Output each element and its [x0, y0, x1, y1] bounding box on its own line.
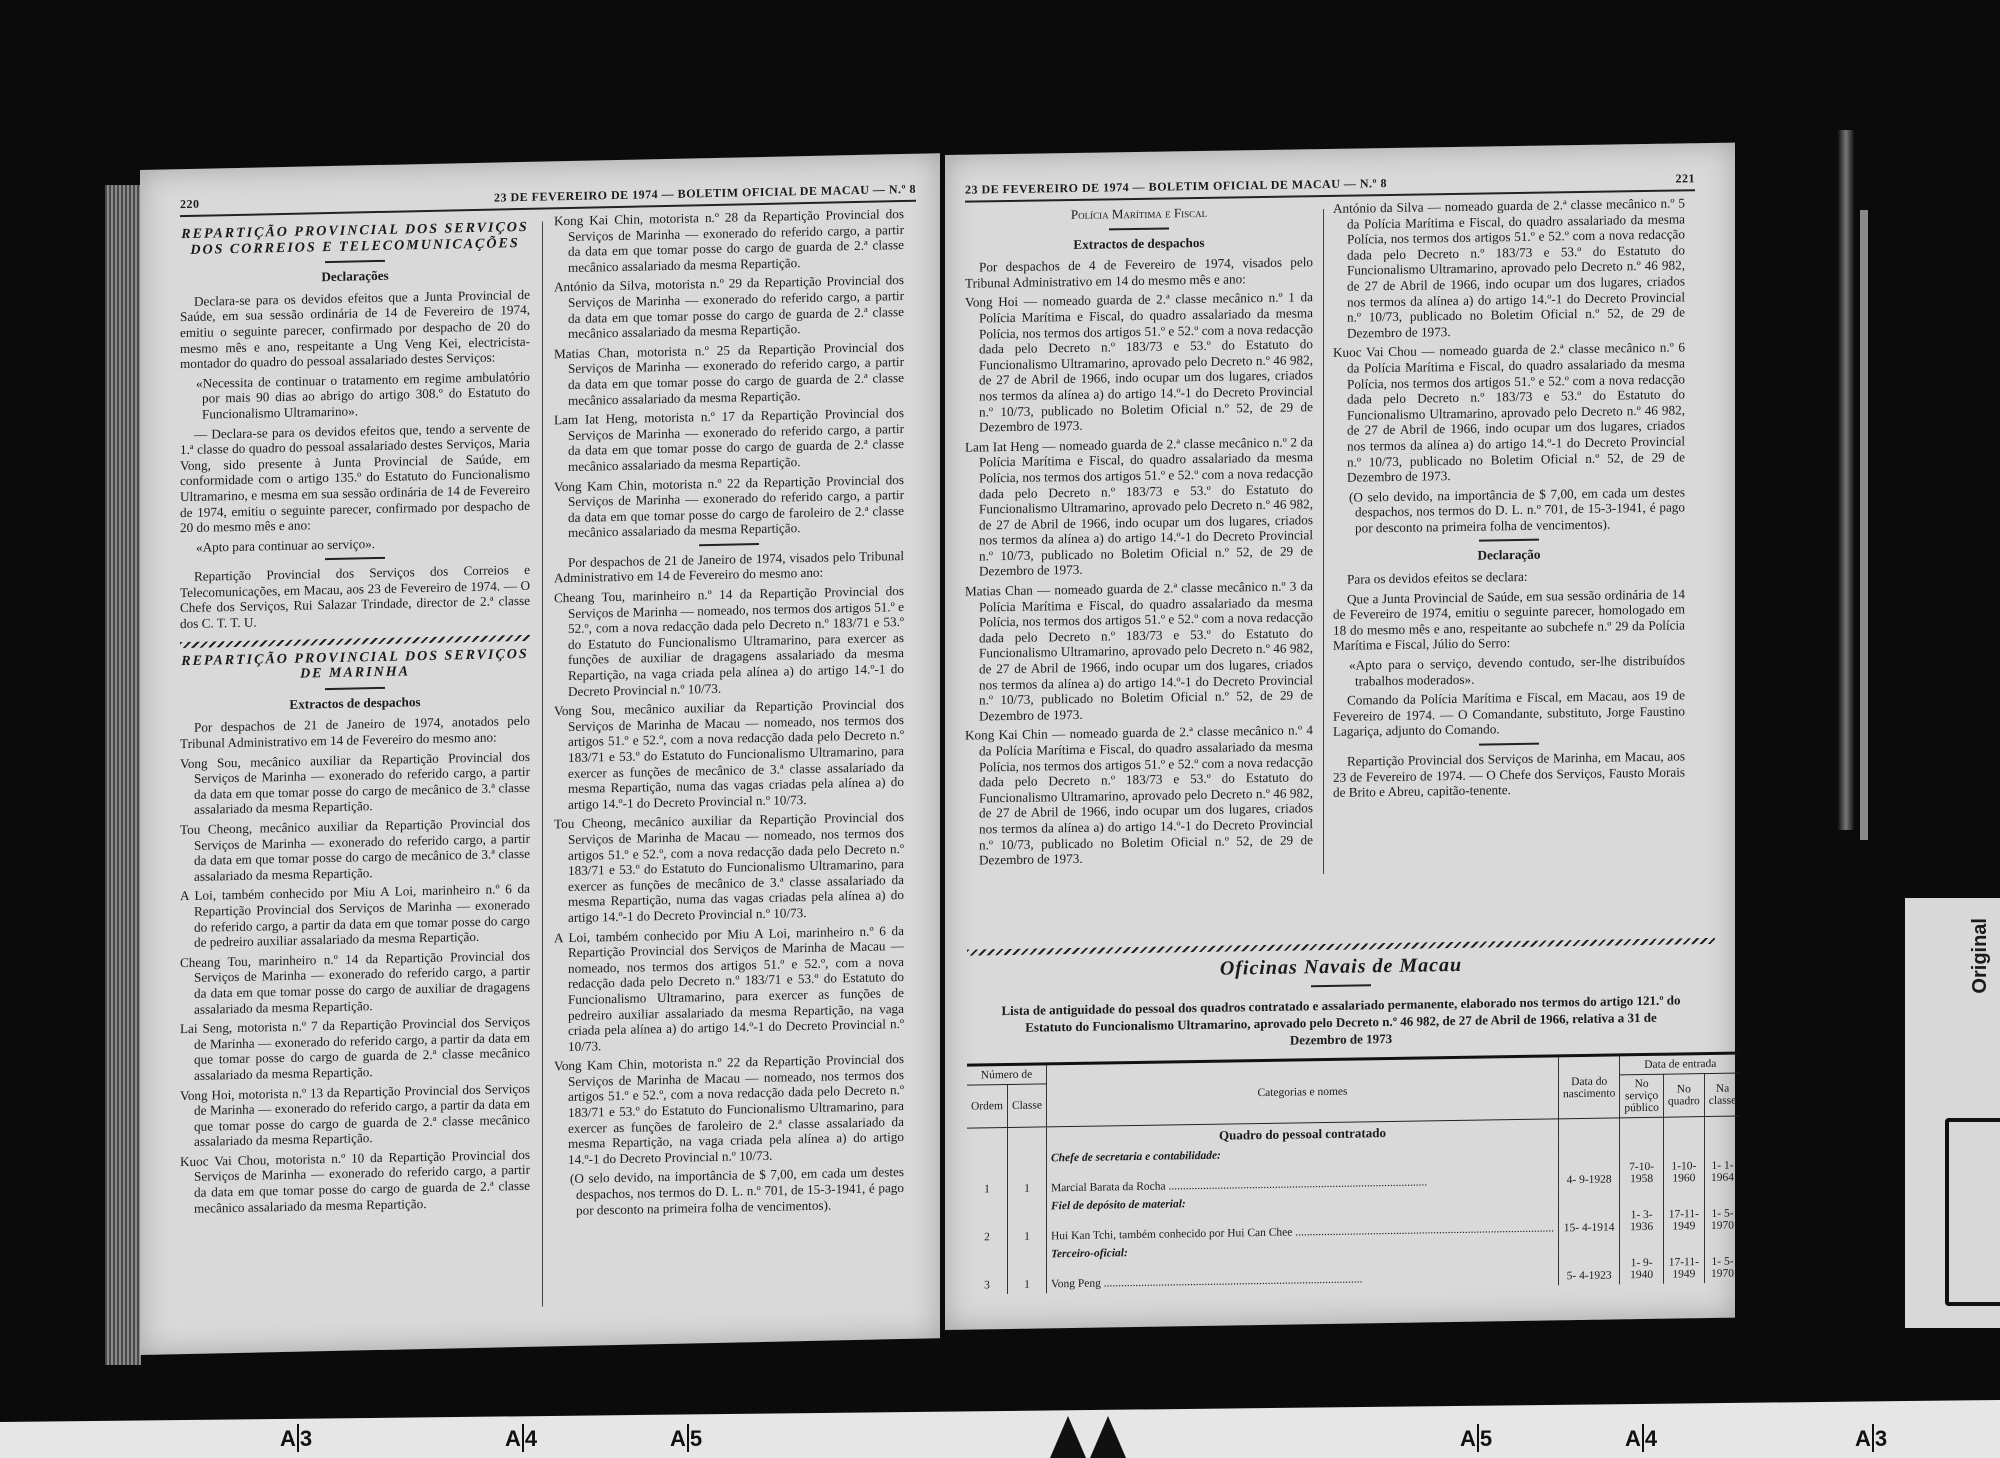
right-column-1: Polícia Marítima e Fiscal Extractos de d…	[965, 201, 1313, 872]
class-cell: 1	[1007, 1263, 1046, 1294]
frame-mark: A3	[280, 1424, 312, 1452]
quadro-date-cell: 17-11-1949	[1663, 1205, 1704, 1236]
fragment-outline-shape	[1945, 1118, 2000, 1306]
paragraph: — Declara-se para os devidos efeitos que…	[180, 419, 530, 535]
column-divider	[542, 222, 543, 1307]
subtitle-declaracoes: Declarações	[180, 265, 530, 288]
entry-paragraph: Cheang Tou, marinheiro n.º 14 da Reparti…	[180, 948, 530, 1018]
header-numero-de: Número de	[967, 1064, 1046, 1085]
entry-paragraph: Kong Kai Chin — nomeado guarda de 2.ª cl…	[965, 723, 1313, 869]
entry-paragraph: Lai Seng, motorista n.º 7 da Repartição …	[180, 1014, 530, 1084]
left-running-title: 23 DE FEVEREIRO DE 1974 — BOLETIM OFICIA…	[494, 182, 916, 206]
book-spine-edge	[1860, 210, 1868, 840]
paragraph: Declara-se para os devidos efeitos que a…	[180, 287, 530, 372]
film-spike-marker	[1090, 1416, 1126, 1458]
header-classe: Classe	[1007, 1084, 1046, 1128]
subtitle-extractos: Extractos de despachos	[180, 692, 530, 715]
right-page: 23 DE FEVEREIRO DE 1974 — BOLETIM OFICIA…	[945, 143, 1735, 1330]
quote: «Apto para o serviço, devendo contudo, s…	[1333, 652, 1685, 689]
selo-note: (O selo devido, na importância de $ 7,00…	[1333, 484, 1685, 536]
divider	[325, 687, 385, 690]
section-title-oficinas: Oficinas Navais de Macau	[967, 950, 1715, 985]
header-data-entrada: Data de entrada	[1620, 1053, 1740, 1075]
entry-paragraph: Vong Hoi — nomeado guarda de 2.ª classe …	[965, 290, 1313, 436]
divider	[1479, 539, 1539, 542]
left-column-2: Kong Kai Chin, motorista n.º 28 da Repar…	[554, 206, 904, 1223]
public-service-date-cell: 1- 3-1936	[1620, 1206, 1664, 1237]
paragraph: Por despachos de 4 de Fevereiro de 1974,…	[965, 254, 1313, 291]
section-title-correios: Repartição Provincial dos Serviços dos C…	[180, 220, 530, 259]
divider	[699, 543, 759, 546]
entry-paragraph: Lam Iat Heng — nomeado guarda de 2.ª cla…	[965, 434, 1313, 580]
right-running-title: 23 DE FEVEREIRO DE 1974 — BOLETIM OFICIA…	[965, 176, 1387, 198]
signature-paragraph: Repartição Provincial dos Serviços de Ma…	[1333, 748, 1685, 800]
entries-list: Vong Hoi — nomeado guarda de 2.ª classe …	[965, 290, 1313, 869]
entry-paragraph: Kuoc Vai Chou — nomeado guarda de 2.ª cl…	[1333, 340, 1685, 486]
divider	[1311, 984, 1371, 987]
birth-date-cell: 5- 4-1923	[1558, 1254, 1619, 1285]
class-date-cell: 1- 1-1964	[1704, 1157, 1740, 1188]
entry-paragraph: Matias Chan, motorista n.º 25 da Reparti…	[554, 339, 904, 409]
entry-paragraph: A Loi, também conhecido por Miu A Loi, m…	[554, 923, 904, 1055]
book-page-edges	[105, 185, 141, 1365]
header-categorias: Categorias e nomes	[1046, 1056, 1558, 1127]
entry-paragraph: Kong Kai Chin, motorista n.º 28 da Repar…	[554, 206, 904, 276]
fragment-label: Original	[1969, 918, 1992, 994]
right-column-2: António da Silva — nomeado guarda de 2.ª…	[1333, 195, 1685, 804]
divider	[325, 260, 385, 263]
entry-paragraph: Matias Chan — nomeado guarda de 2.ª clas…	[965, 578, 1313, 724]
subtitle-extractos: Extractos de despachos	[965, 233, 1313, 254]
frame-mark: A5	[1460, 1424, 1492, 1452]
entry-paragraph: Vong Kam Chin, motorista n.º 22 da Repar…	[554, 1051, 904, 1167]
entry-paragraph: A Loi, também conhecido por Miu A Loi, m…	[180, 881, 530, 951]
order-cell: 1	[967, 1168, 1007, 1199]
frame-mark: A5	[670, 1424, 702, 1452]
entries-list: Vong Sou, mecânico auxiliar da Repartiçã…	[180, 748, 530, 1216]
signature-paragraph: Repartição Provincial dos Serviços dos C…	[180, 562, 530, 632]
entries-list: Kong Kai Chin, motorista n.º 28 da Repar…	[554, 206, 904, 541]
order-cell: 2	[967, 1216, 1007, 1247]
entry-paragraph: Lam Iat Heng, motorista n.º 17 da Repart…	[554, 405, 904, 475]
column-divider	[1323, 209, 1324, 874]
left-column-1: Repartição Provincial dos Serviços dos C…	[180, 214, 530, 1221]
entries-list: António da Silva — nomeado guarda de 2.ª…	[1333, 195, 1685, 485]
film-spike-marker	[1050, 1416, 1086, 1458]
public-service-date-cell: 7-10-1958	[1620, 1158, 1664, 1189]
left-page-number: 220	[180, 197, 200, 212]
header-data-nascimento: Data do nascimento	[1558, 1055, 1619, 1119]
divider	[1479, 743, 1539, 746]
public-service-date-cell: 1- 9-1940	[1620, 1254, 1664, 1285]
header-na-classe: Na classe	[1704, 1073, 1740, 1117]
right-page-number: 221	[1676, 171, 1696, 186]
frame-mark: A3	[1855, 1424, 1887, 1452]
birth-date-cell: 15- 4-1914	[1558, 1206, 1619, 1237]
quote: «Necessita de continuar o tratamento em …	[180, 369, 530, 423]
entry-paragraph: Cheang Tou, marinheiro n.º 14 da Reparti…	[554, 583, 904, 699]
header-servico-publico: No serviço público	[1620, 1074, 1664, 1118]
entry-paragraph: Vong Sou, mecânico auxiliar da Repartiçã…	[554, 696, 904, 812]
paragraph: Para os devidos efeitos se declara:	[1333, 566, 1685, 587]
quadro-date-cell: 17-11-1949	[1663, 1253, 1704, 1284]
birth-date-cell: 4- 9-1928	[1558, 1158, 1619, 1189]
paragraph: Por despachos de 21 de Janeiro de 1974, …	[180, 713, 530, 752]
divider	[1109, 227, 1169, 230]
header-no-quadro: No quadro	[1663, 1074, 1704, 1118]
selo-note: (O selo devido, na importância de $ 7,00…	[554, 1164, 904, 1218]
header-ordem: Ordem	[967, 1085, 1007, 1129]
frame-mark: A4	[1625, 1424, 1657, 1452]
list-intro: Lista de antiguidade do pessoal dos quad…	[997, 991, 1685, 1053]
frame-mark: A4	[505, 1424, 537, 1452]
class-date-cell: 1- 5-1970	[1704, 1253, 1740, 1284]
class-cell: 1	[1007, 1215, 1046, 1246]
entry-paragraph: Tou Cheong, mecânico auxiliar da Reparti…	[554, 809, 904, 925]
class-cell: 1	[1007, 1167, 1046, 1198]
quadro-date-cell: 1-10-1960	[1663, 1157, 1704, 1188]
entry-paragraph: Vong Hoi, motorista n.º 13 da Repartição…	[180, 1080, 530, 1150]
paragraph: Que a Junta Provincial de Saúde, em sua …	[1333, 586, 1685, 654]
seniority-table: Número de Categorias e nomes Data do nas…	[967, 1052, 1740, 1295]
divider	[325, 557, 385, 560]
signature-paragraph: Comando da Polícia Marítima e Fiscal, em…	[1333, 688, 1685, 740]
section-title-policia: Polícia Marítima e Fiscal	[965, 203, 1313, 224]
entry-paragraph: Vong Sou, mecânico auxiliar da Repartiçã…	[180, 748, 530, 818]
entry-paragraph: Kuoc Vai Chou, motorista n.º 10 da Repar…	[180, 1147, 530, 1217]
quote: «Apto para continuar ao serviço».	[180, 533, 530, 556]
wavy-divider	[180, 634, 530, 647]
left-page: 220 23 DE FEVEREIRO DE 1974 — BOLETIM OF…	[140, 153, 940, 1355]
entries-list: Cheang Tou, marinheiro n.º 14 da Reparti…	[554, 583, 904, 1168]
class-date-cell: 1- 5-1970	[1704, 1205, 1740, 1236]
oficinas-navais-section: Oficinas Navais de Macau Lista de antigu…	[967, 928, 1715, 1295]
adjacent-frame-fragment: Original	[1905, 898, 2000, 1328]
subtitle-declaracao: Declaração	[1333, 545, 1685, 566]
book-spine-shadow	[1838, 130, 1854, 830]
entry-paragraph: Vong Kam Chin, motorista n.º 22 da Repar…	[554, 471, 904, 541]
section-title-marinha: Repartição Provincial dos Serviços de Ma…	[180, 646, 530, 685]
paragraph: Por despachos de 21 de Janeiro de 1974, …	[554, 548, 904, 587]
entry-paragraph: Tou Cheong, mecânico auxiliar da Reparti…	[180, 815, 530, 885]
entry-paragraph: António da Silva — nomeado guarda de 2.ª…	[1333, 195, 1685, 341]
order-cell: 3	[967, 1264, 1007, 1295]
entry-paragraph: António da Silva, motorista n.º 29 da Re…	[554, 272, 904, 342]
